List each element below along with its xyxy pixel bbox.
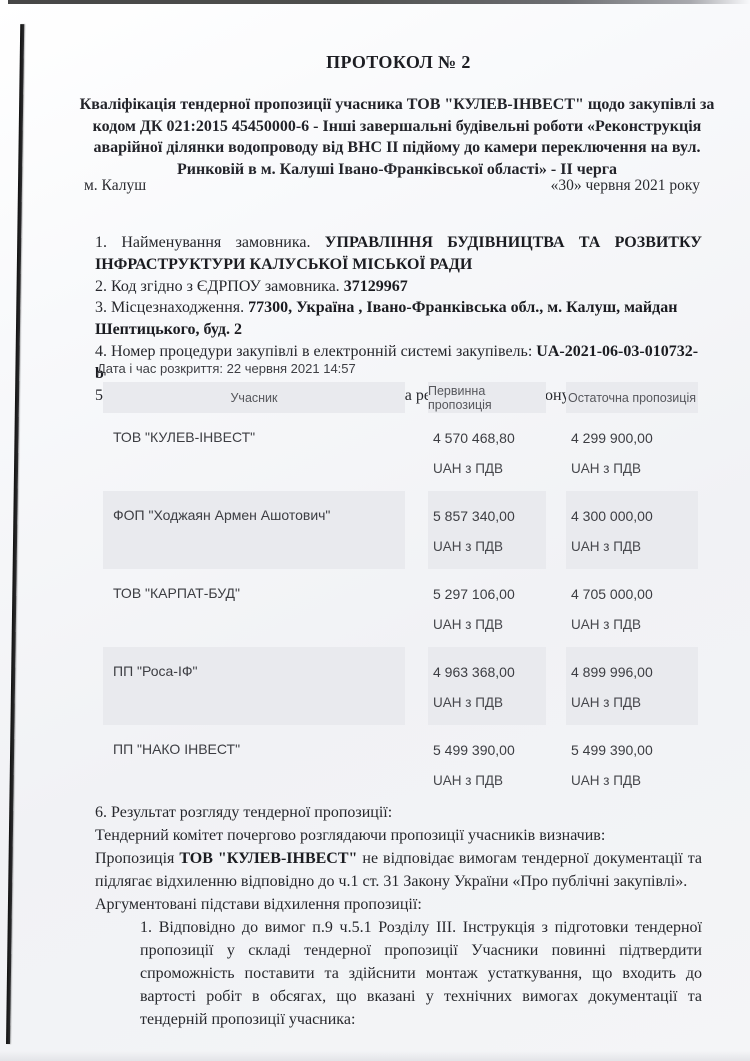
participant-name: ТОВ "КАРПАТ-БУД" (103, 569, 405, 647)
result-heading: 6. Результат розгляду тендерної пропозиц… (95, 801, 702, 824)
currency-label: UAH з ПДВ (433, 773, 546, 788)
initial-price-cell: 5 857 340,00UAH з ПДВ (428, 491, 546, 569)
currency-label: UAH з ПДВ (433, 617, 546, 632)
final-price-cell: 4 899 996,00UAH з ПДВ (566, 647, 698, 725)
currency-label: UAH з ПДВ (571, 695, 698, 710)
subtitle-line: аварійної ділянки водопроводу від ВНС ІІ… (72, 137, 722, 159)
review-result-section: 6. Результат розгляду тендерної пропозиц… (95, 801, 702, 1031)
detail-item-customer: 1. Найменування замовника. УПРАВЛІННЯ БУ… (95, 232, 702, 276)
document-subtitle: Кваліфікація тендерної пропозиції учасни… (72, 94, 722, 180)
currency-label: UAH з ПДВ (433, 695, 546, 710)
committee-line: Тендерний комітет почергово розглядаючи … (95, 824, 702, 847)
grounds-line: Аргументовані підстави відхилення пропоз… (95, 893, 702, 916)
date-label: «30» червня 2021 року (551, 177, 700, 195)
price-value: 4 899 996,00 (571, 663, 698, 681)
price-value: 4 705 000,00 (571, 585, 698, 603)
scan-left-edge-artifact (6, 24, 24, 1044)
subtitle-line: кодом ДК 021:2015 45450000-6 - Інші заве… (72, 116, 722, 138)
currency-label: UAH з ПДВ (571, 461, 698, 476)
disclosure-datetime: Дата і час розкриття: 22 червня 2021 14:… (97, 361, 356, 376)
detail-item-edrpou: 2. Код згідно з ЄДРПОУ замовника. 371299… (95, 276, 702, 298)
procurement-details: 1. Найменування замовника. УПРАВЛІННЯ БУ… (95, 232, 702, 406)
participant-name: ПП "НАКО ІНВЕСТ" (103, 725, 405, 803)
final-price-cell: 4 299 900,00UAH з ПДВ (566, 413, 698, 491)
proposal-rejection-line: Пропозиція ТОВ "КУЛЕВ-ІНВЕСТ" не відпові… (95, 847, 702, 893)
currency-label: UAH з ПДВ (571, 617, 698, 632)
final-price-cell: 4 705 000,00UAH з ПДВ (566, 569, 698, 647)
participant-name: ФОП "Ходжаян Армен Ашотович" (103, 491, 405, 569)
table-header-row: Учасник Первинна пропозиція Остаточна пр… (103, 382, 698, 413)
header-final-proposal: Остаточна пропозиція (566, 382, 698, 413)
header-participant: Учасник (103, 382, 405, 413)
currency-label: UAH з ПДВ (433, 539, 546, 554)
price-value: 4 570 468,80 (433, 429, 546, 447)
price-value: 5 499 390,00 (433, 741, 546, 759)
table-row: ФОП "Ходжаян Армен Ашотович" 5 857 340,0… (103, 491, 698, 569)
price-value: 5 297 106,00 (433, 585, 546, 603)
scanned-page: ПРОТОКОЛ № 2 Кваліфікація тендерної проп… (0, 0, 750, 1061)
price-value: 5 499 390,00 (571, 741, 698, 759)
table-row: ПП "НАКО ІНВЕСТ" 5 499 390,00UAH з ПДВ 5… (103, 725, 698, 803)
price-value: 5 857 340,00 (433, 507, 546, 525)
table-row: ТОВ "КУЛЕВ-ІНВЕСТ" 4 570 468,80UAH з ПДВ… (103, 413, 698, 491)
detail-item-location: 3. Місцезнаходження. 77300, Україна , Ів… (95, 297, 702, 341)
header-initial-proposal: Первинна пропозиція (428, 382, 546, 413)
final-price-cell: 5 499 390,00UAH з ПДВ (566, 725, 698, 803)
currency-label: UAH з ПДВ (571, 539, 698, 554)
currency-label: UAH з ПДВ (571, 773, 698, 788)
initial-price-cell: 5 499 390,00UAH з ПДВ (428, 725, 546, 803)
price-value: 4 300 000,00 (571, 507, 698, 525)
final-price-cell: 4 300 000,00UAH з ПДВ (566, 491, 698, 569)
initial-price-cell: 5 297 106,00UAH з ПДВ (428, 569, 546, 647)
table-row: ТОВ "КАРПАТ-БУД" 5 297 106,00UAH з ПДВ 4… (103, 569, 698, 647)
tender-proposals-table: Учасник Первинна пропозиція Остаточна пр… (103, 382, 698, 803)
participant-name: ТОВ "КУЛЕВ-ІНВЕСТ" (103, 413, 405, 491)
place-label: м. Калуш (84, 177, 146, 195)
table-row: ПП "Роса-ІФ" 4 963 368,00UAH з ПДВ 4 899… (103, 647, 698, 725)
scan-top-edge-artifact (8, 0, 750, 4)
currency-label: UAH з ПДВ (433, 461, 546, 476)
table-body: ТОВ "КУЛЕВ-ІНВЕСТ" 4 570 468,80UAH з ПДВ… (103, 413, 698, 803)
place-date-row: м. Калуш «30» червня 2021 року (84, 177, 700, 195)
rejection-ground-item: 1. Відповідно до вимог п.9 ч.5.1 Розділу… (95, 916, 702, 1031)
subtitle-line: Кваліфікація тендерної пропозиції учасни… (72, 94, 722, 116)
price-value: 4 299 900,00 (571, 429, 698, 447)
participant-name: ПП "Роса-ІФ" (103, 647, 405, 725)
initial-price-cell: 4 963 368,00UAH з ПДВ (428, 647, 546, 725)
initial-price-cell: 4 570 468,80UAH з ПДВ (428, 413, 546, 491)
price-value: 4 963 368,00 (433, 663, 546, 681)
scan-bottom-edge-artifact (0, 1051, 750, 1061)
document-title: ПРОТОКОЛ № 2 (95, 52, 702, 73)
